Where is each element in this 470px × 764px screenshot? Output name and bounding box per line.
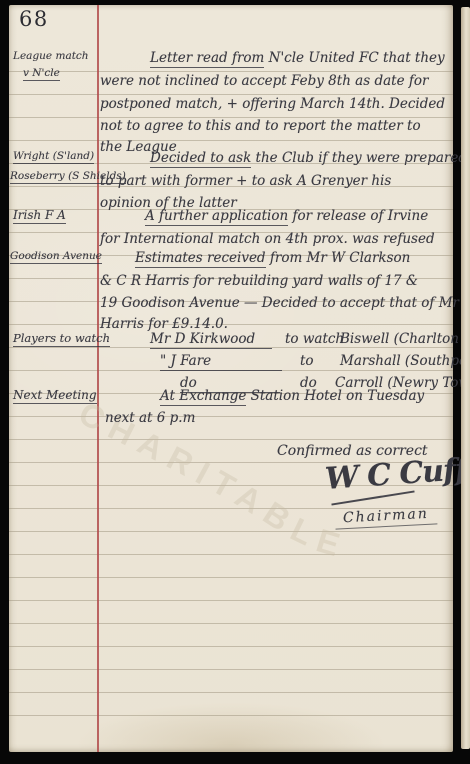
- body-line: Harris for £9.14.0.: [100, 316, 228, 332]
- watch-row: Mr D Kirkwood: [150, 331, 272, 349]
- body-line: A further application for release of Irv…: [145, 208, 428, 224]
- margin-note: Players to watch: [13, 331, 110, 345]
- body-line: Estimates received from Mr W Clarkson: [135, 250, 410, 266]
- body-line: to part with former + to ask A Grenyer h…: [100, 173, 391, 189]
- body-line: 19 Goodison Avenue — Decided to accept t…: [100, 295, 459, 311]
- body-line: Letter read from N'cle United FC that th…: [150, 50, 445, 66]
- body-line: next at 6 p.m: [105, 410, 195, 426]
- page-number: 68: [19, 7, 49, 31]
- watch-target: Marshall (Southport): [340, 353, 470, 369]
- next-page-edge: [461, 7, 470, 749]
- body-line: not to agree to this and to report the m…: [100, 118, 421, 134]
- watch-row: " J Fare: [160, 353, 282, 371]
- margin-note: Goodison Avenue: [10, 250, 102, 262]
- body-line: postponed match, + offering March 14th. …: [100, 96, 445, 112]
- margin-note: Wright (S'land): [13, 150, 94, 162]
- body-line: for International match on 4th prox. was…: [100, 231, 435, 247]
- body-line: & C R Harris for rebuilding yard walls o…: [100, 273, 418, 289]
- body-line: At Exchange Station Hotel on Tuesday: [160, 388, 424, 404]
- body-line: Decided to ask the Club if they were pre…: [150, 150, 467, 166]
- margin-note: v N'cle: [23, 67, 60, 79]
- watch-action: to: [300, 353, 314, 369]
- margin-note: Irish F A: [13, 208, 66, 222]
- ledger-page: 68 CHARITABLE League match v N'cle Lette…: [9, 5, 453, 752]
- minute-book-photo: { "colors": { "paper": "#ece5d7", "ink":…: [0, 0, 470, 764]
- margin-rule-red-line: [97, 5, 99, 752]
- chairman-role: Chairman: [335, 505, 437, 527]
- body-line: were not inclined to accept Feby 8th as …: [100, 73, 428, 89]
- watch-action: to watch: [285, 331, 344, 347]
- margin-note: Next Meeting: [13, 388, 97, 402]
- margin-note: League match: [13, 50, 89, 62]
- watch-target: Biswell (Charlton Ath): [340, 331, 470, 347]
